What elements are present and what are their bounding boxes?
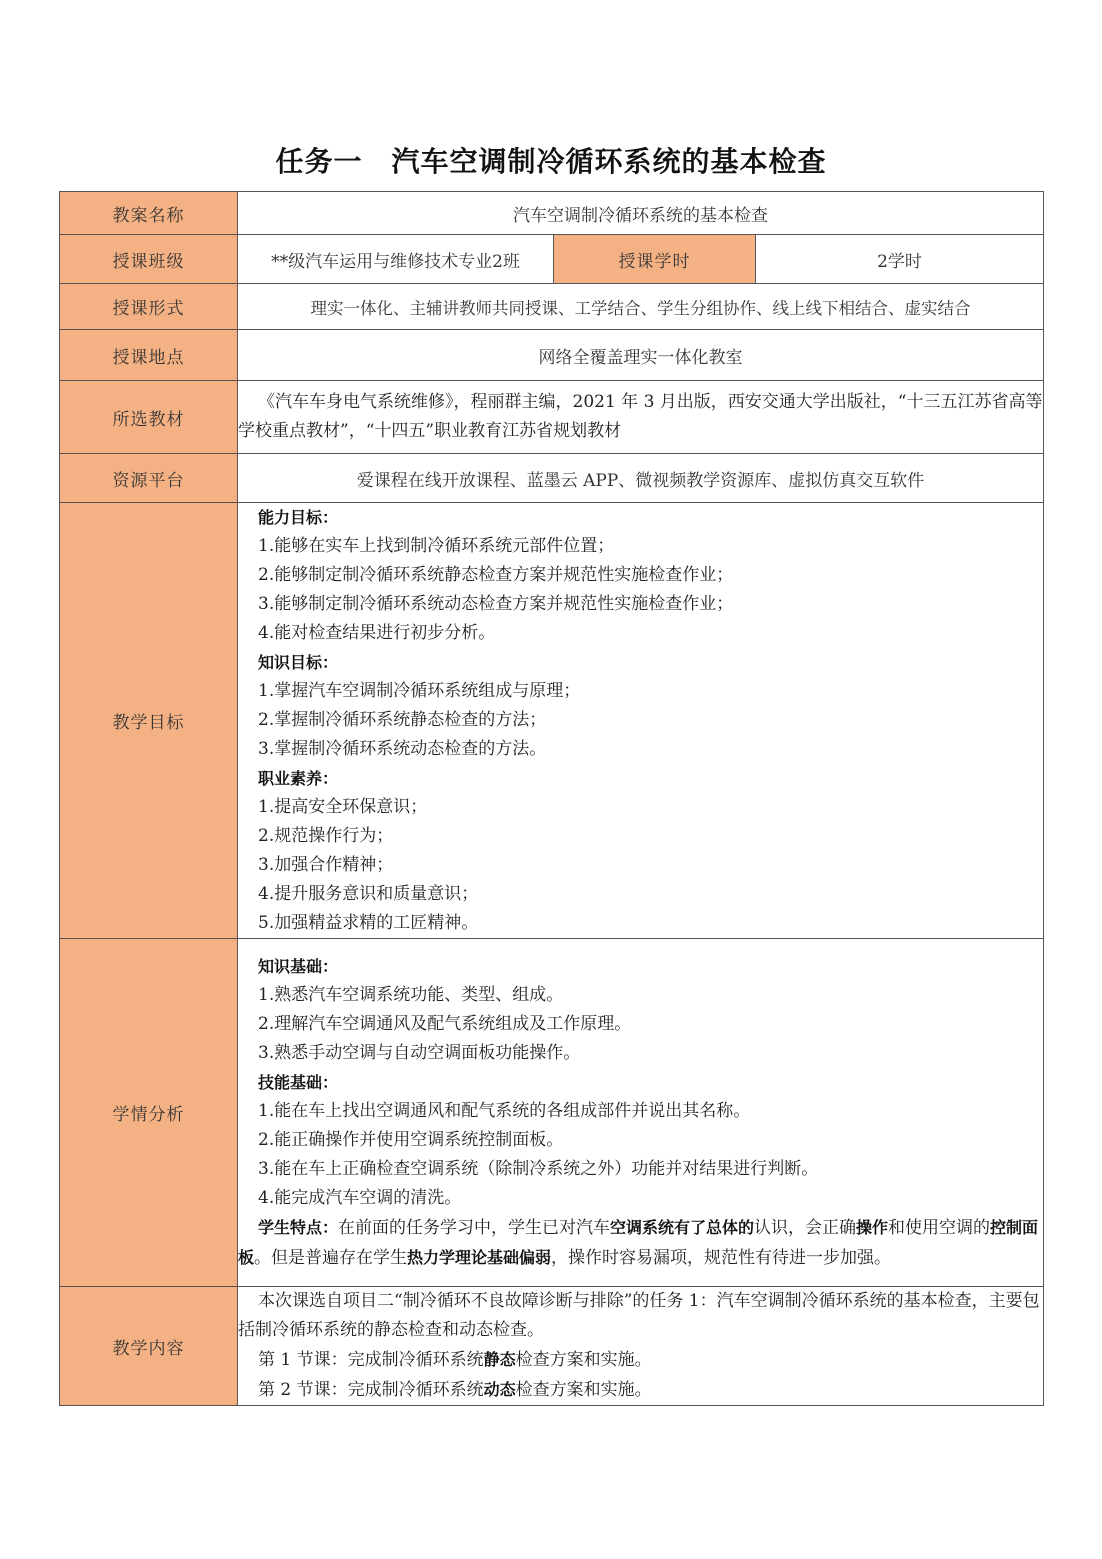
- value-platform: 爱课程在线开放课程、蓝墨云 APP、微视频教学资源库、虚拟仿真交互软件: [238, 454, 1044, 503]
- quality-item: 4.提升服务意识和质量意识；: [258, 880, 1043, 909]
- quality-item: 2.规范操作行为；: [258, 822, 1043, 851]
- traits-text: 在前面的任务学习中，学生已对汽车: [338, 1218, 610, 1238]
- label-location: 授课地点: [60, 330, 238, 381]
- value-form: 理实一体化、主辅讲教师共同授课、工学结合、学生分组协作、线上线下相结合、虚实结合: [238, 284, 1044, 330]
- value-location: 网络全覆盖理实一体化教室: [238, 330, 1044, 381]
- lesson-text: 第 1 节课：完成制冷循环系统: [258, 1350, 484, 1370]
- content-lesson-2: 第 2 节课：完成制冷循环系统动态检查方案和实施。: [238, 1375, 1043, 1405]
- quality-heading: 职业素养：: [258, 764, 1043, 793]
- skill-base-item: 1.能在车上找出空调通风和配气系统的各组成部件并说出其名称。: [258, 1097, 1043, 1126]
- lesson-text: 第 2 节课：完成制冷循环系统: [258, 1380, 484, 1400]
- traits-text: 认识，会正确: [754, 1218, 856, 1238]
- textbook-text: 《汽车车身电气系统维修》，程丽群主编，2021 年 3 月出版，西安交通大学出版…: [238, 392, 1042, 441]
- value-class: **级汽车运用与维修技术专业2班: [238, 235, 554, 284]
- row-analysis: 学情分析 知识基础： 1.熟悉汽车空调系统功能、类型、组成。 2.理解汽车空调通…: [60, 939, 1044, 1287]
- content-intro: 本次课选自项目二“制冷循环不良故障诊断与排除”的任务 1：汽车空调制冷循环系统的…: [238, 1287, 1043, 1345]
- lesson-emphasis: 静态: [484, 1350, 516, 1369]
- label-analysis: 学情分析: [60, 939, 238, 1287]
- lesson-text: 检查方案和实施。: [516, 1350, 652, 1370]
- label-objectives: 教学目标: [60, 503, 238, 939]
- skill-base-item: 3.能在车上正确检查空调系统（除制冷系统之外）功能并对结果进行判断。: [258, 1155, 1043, 1184]
- row-class: 授课班级 **级汽车运用与维修技术专业2班 授课学时 2学时: [60, 235, 1044, 284]
- lesson-plan-table: 教案名称 汽车空调制冷循环系统的基本检查 授课班级 **级汽车运用与维修技术专业…: [59, 191, 1044, 1406]
- traits-text: 。但是普遍存在学生: [254, 1248, 407, 1268]
- value-hours: 2学时: [756, 235, 1044, 284]
- value-objectives: 能力目标： 1.能够在实车上找到制冷循环系统元部件位置； 2.能够制定制冷循环系…: [238, 503, 1044, 939]
- row-objectives: 教学目标 能力目标： 1.能够在实车上找到制冷循环系统元部件位置； 2.能够制定…: [60, 503, 1044, 939]
- knowledge-base-item: 3.熟悉手动空调与自动空调面板功能操作。: [258, 1039, 1043, 1068]
- ability-item: 2.能够制定制冷循环系统静态检查方案并规范性实施检查作业；: [258, 561, 1043, 590]
- knowledge-item: 3.掌握制冷循环系统动态检查的方法。: [258, 735, 1043, 764]
- lesson-text: 检查方案和实施。: [516, 1380, 652, 1400]
- skill-base-heading: 技能基础：: [258, 1068, 1043, 1097]
- label-lesson-name: 教案名称: [60, 192, 238, 235]
- label-form: 授课形式: [60, 284, 238, 330]
- label-class: 授课班级: [60, 235, 238, 284]
- knowledge-base-heading: 知识基础：: [258, 952, 1043, 981]
- ability-item: 1.能够在实车上找到制冷循环系统元部件位置；: [258, 532, 1043, 561]
- page-title: 任务一 汽车空调制冷循环系统的基本检查: [0, 140, 1102, 180]
- skill-base-item: 2.能正确操作并使用空调系统控制面板。: [258, 1126, 1043, 1155]
- label-hours: 授课学时: [554, 235, 756, 284]
- traits-emphasis: 空调系统有了总体的: [610, 1218, 754, 1237]
- row-platform: 资源平台 爱课程在线开放课程、蓝墨云 APP、微视频教学资源库、虚拟仿真交互软件: [60, 454, 1044, 503]
- label-textbook: 所选教材: [60, 381, 238, 454]
- quality-item: 3.加强合作精神；: [258, 851, 1043, 880]
- value-analysis: 知识基础： 1.熟悉汽车空调系统功能、类型、组成。 2.理解汽车空调通风及配气系…: [238, 939, 1044, 1287]
- traits-text: ，操作时容易漏项，规范性有待进一步加强。: [551, 1248, 891, 1268]
- value-content: 本次课选自项目二“制冷循环不良故障诊断与排除”的任务 1：汽车空调制冷循环系统的…: [238, 1287, 1044, 1406]
- quality-item: 5.加强精益求精的工匠精神。: [258, 909, 1043, 938]
- knowledge-item: 2.掌握制冷循环系统静态检查的方法；: [258, 706, 1043, 735]
- ability-item: 4.能对检查结果进行初步分析。: [258, 619, 1043, 648]
- ability-item: 3.能够制定制冷循环系统动态检查方案并规范性实施检查作业；: [258, 590, 1043, 619]
- ability-heading: 能力目标：: [258, 503, 1043, 532]
- student-traits: 学生特点：在前面的任务学习中，学生已对汽车空调系统有了总体的认识，会正确操作和使…: [238, 1213, 1043, 1273]
- skill-base-item: 4.能完成汽车空调的清洗。: [258, 1184, 1043, 1213]
- row-location: 授课地点 网络全覆盖理实一体化教室: [60, 330, 1044, 381]
- row-textbook: 所选教材 《汽车车身电气系统维修》，程丽群主编，2021 年 3 月出版，西安交…: [60, 381, 1044, 454]
- knowledge-base-item: 1.熟悉汽车空调系统功能、类型、组成。: [258, 981, 1043, 1010]
- traits-emphasis: 操作: [856, 1218, 888, 1237]
- label-platform: 资源平台: [60, 454, 238, 503]
- value-lesson-name: 汽车空调制冷循环系统的基本检查: [238, 192, 1044, 235]
- content-lesson-1: 第 1 节课：完成制冷循环系统静态检查方案和实施。: [238, 1345, 1043, 1375]
- traits-text: 和使用空调的: [888, 1218, 990, 1238]
- traits-emphasis: 热力学理论基础偏弱: [407, 1248, 551, 1267]
- lesson-emphasis: 动态: [484, 1380, 516, 1399]
- label-content: 教学内容: [60, 1287, 238, 1406]
- row-content: 教学内容 本次课选自项目二“制冷循环不良故障诊断与排除”的任务 1：汽车空调制冷…: [60, 1287, 1044, 1406]
- value-textbook: 《汽车车身电气系统维修》，程丽群主编，2021 年 3 月出版，西安交通大学出版…: [238, 381, 1044, 454]
- quality-item: 1.提高安全环保意识；: [258, 793, 1043, 822]
- traits-heading: 学生特点：: [258, 1218, 338, 1237]
- knowledge-heading: 知识目标：: [258, 648, 1043, 677]
- row-form: 授课形式 理实一体化、主辅讲教师共同授课、工学结合、学生分组协作、线上线下相结合…: [60, 284, 1044, 330]
- knowledge-item: 1.掌握汽车空调制冷循环系统组成与原理；: [258, 677, 1043, 706]
- knowledge-base-item: 2.理解汽车空调通风及配气系统组成及工作原理。: [258, 1010, 1043, 1039]
- row-lesson-name: 教案名称 汽车空调制冷循环系统的基本检查: [60, 192, 1044, 235]
